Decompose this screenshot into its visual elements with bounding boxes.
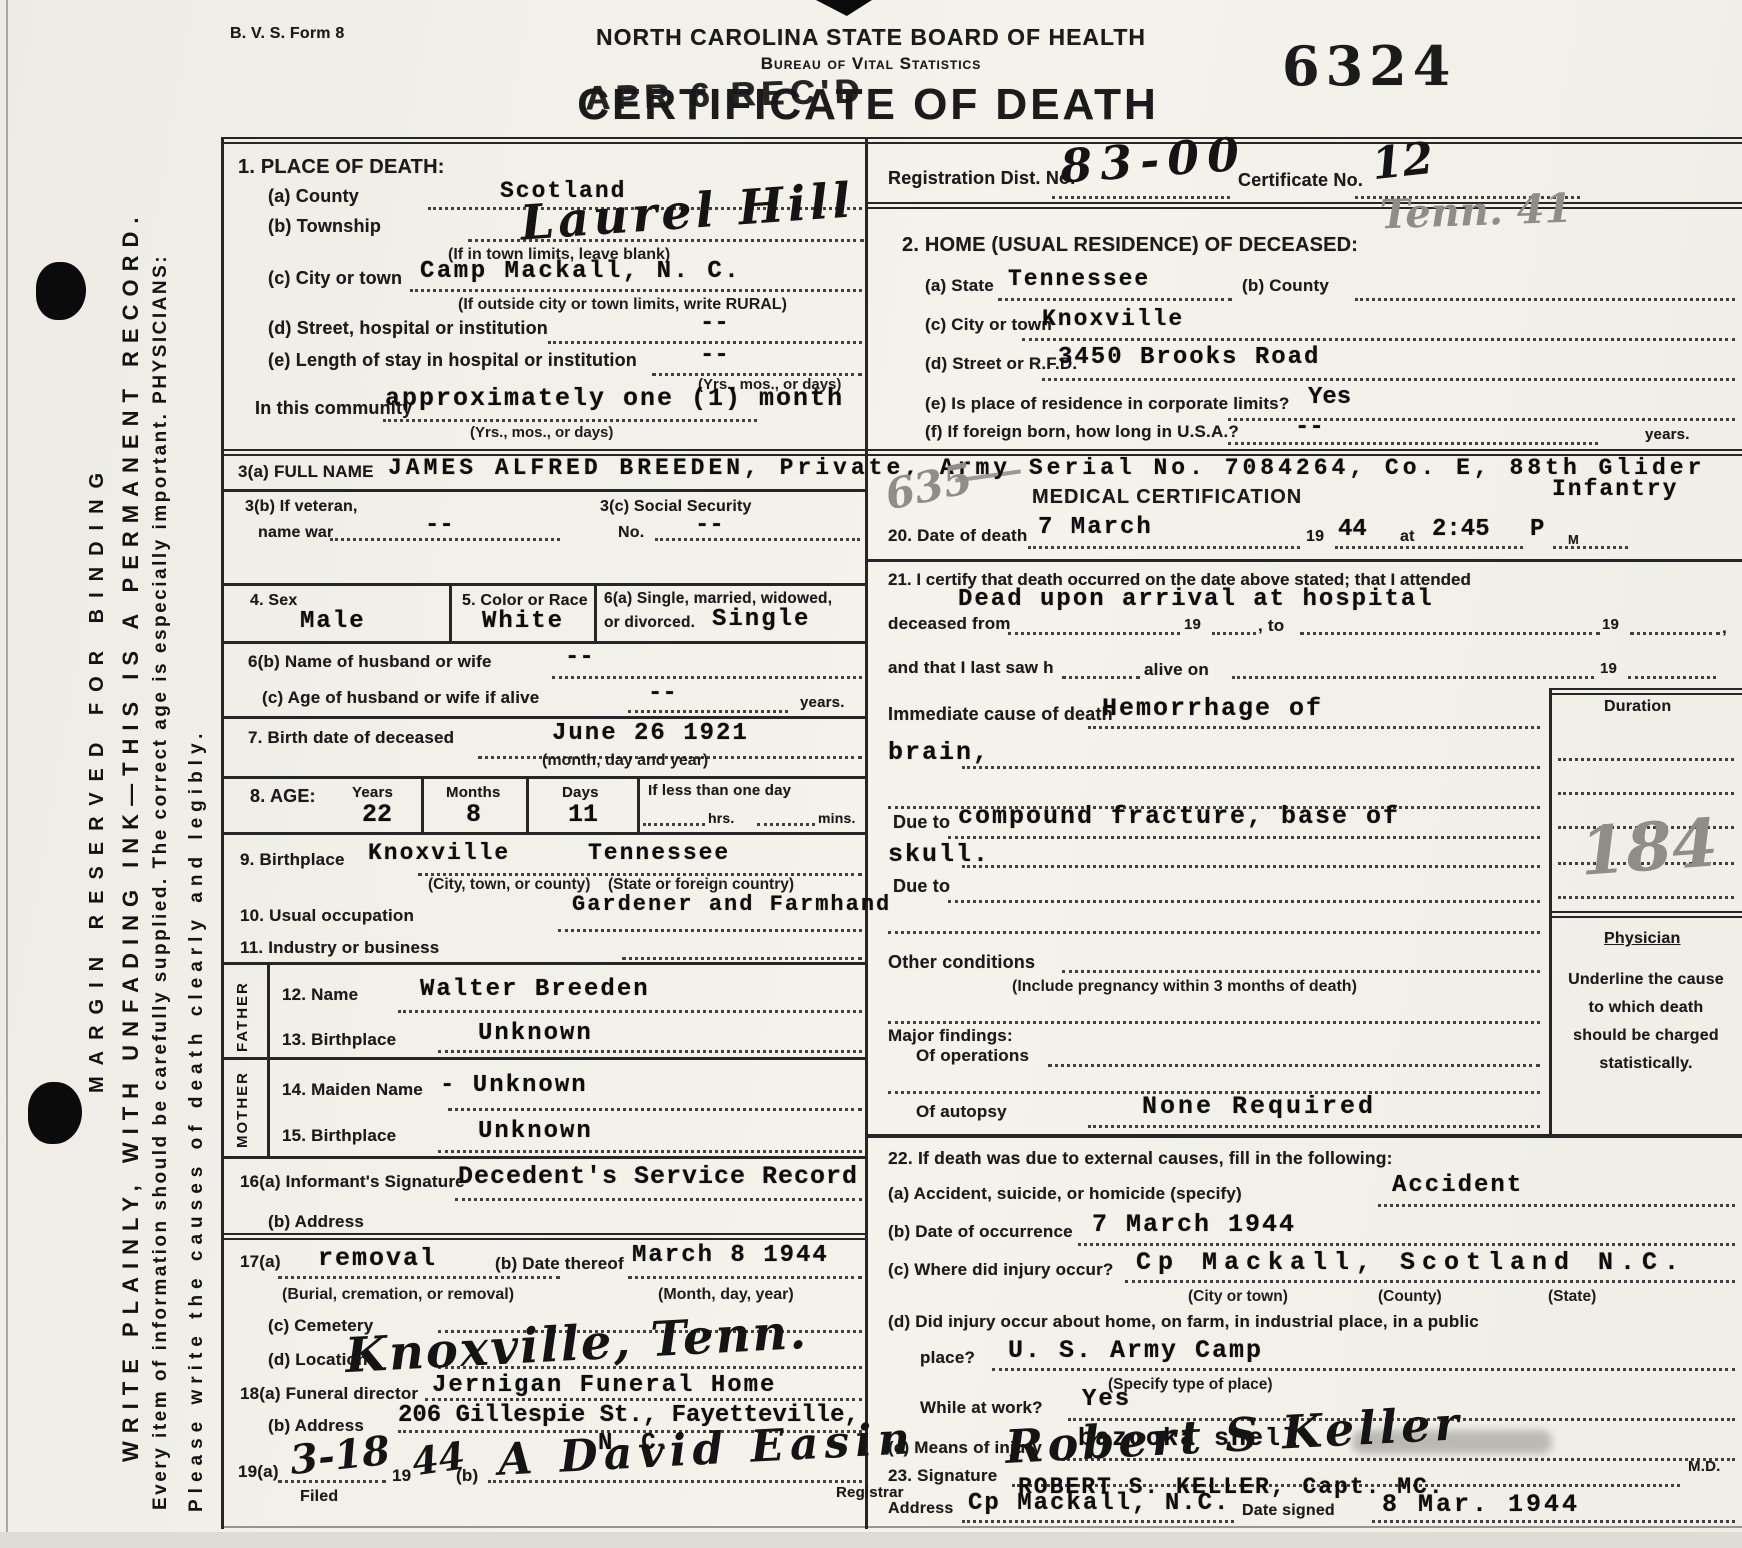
- of-autopsy-label: Of autopsy: [916, 1102, 1007, 1122]
- veteran-row-rule: [222, 583, 868, 586]
- md-label: M.D.: [1688, 1458, 1720, 1475]
- funeral-director-value: Jernigan Funeral Home: [432, 1372, 776, 1399]
- margin-please-write-text: Please write the causes of death clearly…: [186, 728, 208, 1512]
- to-label: , to: [1258, 616, 1284, 636]
- injury-where-label: (c) Where did injury occur?: [888, 1260, 1113, 1280]
- death-year-prefix: 19: [1306, 528, 1324, 546]
- other-conditions-fill-line: [1062, 970, 1540, 973]
- board-title: NORTH CAROLINA STATE BOARD OF HEALTH: [596, 24, 1146, 51]
- mother-maiden-label: 14. Maiden Name: [282, 1080, 423, 1100]
- registrar-caption: Registrar: [836, 1484, 904, 1501]
- immediate-cause-label: Immediate cause of death: [888, 704, 1113, 725]
- home-state-label: (a) State: [925, 276, 994, 296]
- marital-label-line2: or divorced.: [604, 614, 695, 632]
- from-fill-2: [1212, 632, 1256, 635]
- physician-address-label: Address: [888, 1500, 953, 1518]
- informant-signature-value: Decedent's Service Record: [458, 1162, 858, 1191]
- spouse-value: --: [565, 644, 594, 671]
- bureau-subtitle: Bureau of Vital Statistics: [761, 54, 981, 74]
- father-top-rule: [222, 962, 868, 965]
- file-number: 6324: [1282, 34, 1456, 98]
- race-value: White: [482, 608, 564, 635]
- home-city-value: Knoxville: [1042, 306, 1184, 332]
- from-comma: ,: [1722, 618, 1727, 638]
- age-years-header: Years: [352, 784, 393, 801]
- saw-fill-2: [1232, 676, 1594, 679]
- duration-line-2: [1558, 792, 1734, 795]
- registration-dist-fill-line: [1052, 196, 1230, 199]
- sex-cell-divider: [449, 583, 452, 643]
- informant-address-label: (b) Address: [268, 1212, 364, 1232]
- due-fill-line-3: [948, 900, 1540, 903]
- township-label: (b) Township: [268, 216, 381, 237]
- tenn-pencil-note: Tenn. 41: [1379, 185, 1573, 239]
- place-fill-line: [992, 1368, 1735, 1371]
- physician-underline-note: Underline the cause to which death shoul…: [1560, 966, 1732, 1078]
- dead-on-arrival-overlay: Dead upon arrival at hospital: [958, 586, 1434, 613]
- date-signed-label: Date signed: [1242, 1502, 1335, 1520]
- home-city-label: (c) City or town: [925, 315, 1052, 335]
- physician-address-fill-line: [962, 1520, 1234, 1523]
- date-signed-fill-line: [1372, 1520, 1735, 1523]
- death-ampm-value: P: [1530, 516, 1544, 543]
- paper-edge-line: [6, 0, 8, 1548]
- father-name-value: Walter Breeden: [420, 976, 650, 1003]
- sex-value: Male: [300, 608, 366, 635]
- cause-fill-line: [1088, 726, 1540, 729]
- spouse-age-value: --: [648, 680, 677, 707]
- age-divider-2: [526, 776, 529, 834]
- ssn-label-line2: No.: [618, 524, 644, 542]
- hole-punch-top: [36, 262, 86, 320]
- father-name-label: 12. Name: [282, 985, 358, 1005]
- duration-header: Duration: [1604, 698, 1671, 716]
- home-heading: 2. HOME (USUAL RESIDENCE) OF DECEASED:: [902, 234, 1358, 257]
- form-top-rule: [222, 137, 1742, 144]
- father-birthplace-label: 13. Birthplace: [282, 1030, 396, 1050]
- age-divider-1: [421, 776, 424, 834]
- occurrence-date-label: (b) Date of occurrence: [888, 1222, 1073, 1242]
- full-name-value: JAMES ALFRED BREEDEN, Private, Army Seri…: [388, 455, 1705, 481]
- birth-date-label: 7. Birth date of deceased: [248, 728, 454, 748]
- form-bottom-rule: [222, 1526, 1742, 1528]
- accident-kind-value: Accident: [1392, 1172, 1523, 1199]
- alive-on-label: alive on: [1144, 660, 1209, 680]
- age-months-header: Months: [446, 784, 501, 801]
- filed-b-label: (b): [456, 1466, 478, 1486]
- occupation-value: Gardener and Farmhand: [572, 892, 891, 917]
- veteran-label-line2: name war: [258, 524, 333, 542]
- filed-date-handwriting: 3-18: [288, 1427, 392, 1484]
- major-findings-label: Major findings:: [888, 1026, 1013, 1046]
- full-name-label: 3(a) FULL NAME: [238, 462, 374, 482]
- spouse-row-rule: [222, 716, 868, 719]
- duration-line-1: [1558, 758, 1734, 761]
- from-year-2: 19: [1602, 616, 1619, 633]
- spouse-fill-line: [552, 676, 862, 679]
- date-of-death-label: 20. Date of death: [888, 526, 1027, 546]
- mother-bottom-rule: [222, 1156, 868, 1159]
- filed-number-label: 19(a): [238, 1462, 279, 1482]
- torn-corner-mark: [816, 0, 872, 16]
- physician-address-value: Cp Mackall, N.C.: [968, 1490, 1230, 1517]
- filed-caption: Filed: [300, 1488, 338, 1506]
- accident-kind-fill-line: [1378, 1204, 1735, 1207]
- disposal-method-value: removal: [318, 1244, 437, 1273]
- age-less-than-day-label: If less than one day: [648, 782, 791, 799]
- spouse-age-years-label: years.: [800, 694, 845, 711]
- funeral-director-label: 18(a) Funeral director: [240, 1384, 418, 1404]
- disposal-date-fill-line: [628, 1276, 862, 1279]
- race-cell-divider: [594, 583, 597, 643]
- while-at-work-value: Yes: [1082, 1386, 1131, 1413]
- disposal-number-label: 17(a): [240, 1252, 281, 1272]
- date-signed-value: 8 Mar. 1944: [1382, 1490, 1580, 1519]
- age-months-value: 8: [466, 800, 481, 829]
- mother-birthplace-value: Unknown: [478, 1118, 593, 1145]
- autopsy-fill-line: [1088, 1125, 1540, 1128]
- city-label: (c) City or town: [268, 268, 402, 289]
- from-fill-1: [1008, 632, 1180, 635]
- birthplace-city-value: Knoxville: [368, 840, 510, 866]
- county-label: (a) County: [268, 186, 359, 207]
- death-year-value: 44: [1338, 516, 1367, 543]
- occurrence-date-fill-line: [1078, 1243, 1735, 1246]
- form-number: B. V. S. Form 8: [230, 25, 344, 43]
- birthplace-state-value: Tennessee: [588, 840, 730, 866]
- other-conditions-label: Other conditions: [888, 952, 1035, 973]
- saw-fill-3: [1628, 676, 1716, 679]
- duration-pencil-value: 184: [1577, 803, 1720, 890]
- due-to-label-2: Due to: [893, 876, 950, 897]
- home-state-value: Tennessee: [1008, 266, 1150, 292]
- death-at-label: at: [1400, 528, 1415, 546]
- saw-fill-1: [1062, 676, 1140, 679]
- age-mins-label: mins.: [818, 810, 856, 826]
- home-county-label: (b) County: [1242, 276, 1329, 296]
- date-of-death-value: 7 March: [1038, 514, 1153, 541]
- informant-signature-label: 16(a) Informant's Signature: [240, 1172, 465, 1192]
- age-mins-fill-line: [757, 823, 815, 826]
- other-conditions-hint: (Include pregnancy within 3 months of de…: [1012, 978, 1357, 996]
- name-row-rule: [222, 489, 868, 492]
- age-hrs-label: hrs.: [708, 810, 734, 826]
- due-to-label-1: Due to: [893, 812, 950, 833]
- father-birthplace-fill-line: [438, 1050, 862, 1053]
- community-fill-line: [383, 419, 757, 422]
- injury-where-hint-county: (County): [1378, 1288, 1442, 1306]
- birthplace-label: 9. Birthplace: [240, 850, 345, 870]
- street-label: (d) Street, hospital or institution: [268, 318, 548, 339]
- corporate-limits-value: Yes: [1308, 384, 1351, 411]
- father-side-label: FATHER: [234, 981, 251, 1052]
- city-value: Camp Mackall, N. C.: [420, 258, 741, 285]
- blank-fill-line-3: [888, 1021, 1540, 1024]
- due-to-value-line2: skull.: [888, 840, 990, 869]
- autopsy-bottom-rule: [868, 1134, 1742, 1138]
- physician-label: Physician: [1604, 930, 1681, 948]
- city-hint: (If outside city or town limits, write R…: [458, 296, 787, 314]
- corporate-limits-label: (e) Is place of residence in corporate l…: [925, 394, 1289, 414]
- mother-maiden-value: - Unknown: [440, 1072, 588, 1099]
- duration-box-top: [1549, 688, 1742, 695]
- disposal-date-hint: (Month, day, year): [658, 1286, 794, 1304]
- death-time-value: 2:45: [1432, 516, 1490, 543]
- birth-date-value: June 26 1921: [552, 720, 749, 747]
- industry-fill-line: [622, 957, 862, 960]
- home-street-value: 3450 Brooks Road: [1058, 344, 1320, 371]
- registration-dist-label: Registration Dist. No.: [888, 168, 1075, 189]
- duration-box-mid: [1549, 911, 1742, 918]
- death-m-label: M: [1568, 532, 1579, 547]
- operations-fill-line: [1048, 1064, 1540, 1067]
- cause-fill-line-2: [962, 766, 1540, 769]
- mother-birthplace-label: 15. Birthplace: [282, 1126, 396, 1146]
- home-city-fill-line: [1022, 338, 1735, 341]
- received-stamp: APR 6 REC'D: [585, 72, 866, 118]
- cause-value-line1: Hemorrhage of: [1102, 694, 1323, 723]
- physician-signature-handwriting: Robert S Keller: [1004, 1396, 1464, 1474]
- from-fill-3: [1300, 632, 1600, 635]
- veteran-value: --: [425, 512, 454, 539]
- date-of-death-rule: [868, 559, 1742, 562]
- home-street-label: (d) Street or R.F.D.: [925, 354, 1077, 374]
- community-value: approximately one (1) month: [385, 384, 844, 413]
- date-of-death-fill-3: [1553, 546, 1628, 549]
- injury-where-hint-city: (City or town): [1188, 1288, 1288, 1306]
- age-days-header: Days: [562, 784, 599, 801]
- mother-maiden-fill-line: [448, 1108, 862, 1111]
- registration-dist-handwriting: 83-00: [1058, 127, 1248, 194]
- duration-line-5: [1558, 896, 1734, 899]
- street-value: --: [700, 310, 729, 337]
- ssn-fill-line: [655, 538, 860, 541]
- age-hrs-fill-line: [643, 823, 705, 826]
- mother-birthplace-fill-line: [438, 1150, 862, 1153]
- stay-value: --: [700, 342, 729, 369]
- scan-bottom-band: [0, 1532, 1742, 1548]
- city-fill-line: [410, 289, 862, 292]
- signature-label: 23. Signature: [888, 1466, 997, 1486]
- age-label: 8. AGE:: [250, 786, 316, 807]
- death-certificate-scan: MARGIN RESERVED FOR BINDING WRITE PLAINL…: [0, 0, 1742, 1548]
- father-name-fill-line: [398, 1010, 862, 1013]
- place-label: place?: [920, 1348, 975, 1368]
- occurrence-date-value: 7 March 1944: [1092, 1210, 1296, 1239]
- certificate-no-label: Certificate No.: [1238, 170, 1363, 191]
- while-at-work-label: While at work?: [920, 1398, 1043, 1418]
- date-of-death-fill-2: [1335, 546, 1523, 549]
- place-hint: (Specify type of place): [1108, 1376, 1273, 1394]
- disposal-method-fill-line: [278, 1276, 560, 1279]
- industry-label: 11. Industry or business: [240, 938, 439, 958]
- spouse-name-label: 6(b) Name of husband or wife: [248, 652, 492, 672]
- place-of-death-heading: 1. PLACE OF DEATH:: [238, 156, 445, 179]
- stay-label: (e) Length of stay in hospital or instit…: [268, 350, 637, 371]
- home-state-fill-line: [998, 298, 1232, 301]
- blank-fill-line-2: [888, 931, 1540, 934]
- birth-row-rule: [222, 776, 868, 779]
- age-days-value: 11: [568, 800, 598, 829]
- foreign-born-years-label: years.: [1645, 426, 1690, 443]
- ssn-label-line1: 3(c) Social Security: [600, 498, 752, 516]
- occupation-label: 10. Usual occupation: [240, 906, 414, 926]
- place-value: U. S. Army Camp: [1008, 1336, 1263, 1365]
- last-saw-label: and that I last saw h: [888, 658, 1054, 678]
- mother-side-label: MOTHER: [234, 1071, 251, 1148]
- birth-date-hint: (month, day and year): [542, 752, 708, 770]
- injury-where-hint-state: (State): [1548, 1288, 1596, 1306]
- sex-row-rule: [222, 641, 868, 644]
- margin-write-plainly-text: WRITE PLAINLY, WITH UNFADING INK—THIS IS…: [118, 210, 144, 1462]
- home-county-fill-line: [1355, 298, 1735, 301]
- veteran-label-line1: 3(b) If veteran,: [245, 498, 358, 516]
- hole-punch-bottom: [28, 1082, 82, 1144]
- father-birthplace-value: Unknown: [478, 1020, 593, 1047]
- foreign-born-value: --: [1295, 414, 1324, 441]
- accident-kind-label: (a) Accident, suicide, or homicide (spec…: [888, 1184, 1242, 1204]
- date-of-death-fill-1: [1028, 546, 1300, 549]
- from-fill-4: [1630, 632, 1720, 635]
- certificate-no-handwriting: 12: [1370, 133, 1436, 190]
- margin-binding-text: MARGIN RESERVED FOR BINDING: [86, 462, 109, 1093]
- cause-value-line2: brain,: [888, 738, 990, 767]
- due-to-value-line1: compound fracture, base of: [958, 802, 1400, 831]
- injury-where-fill-line: [1125, 1280, 1735, 1283]
- father-mother-rule: [222, 1057, 868, 1060]
- ssn-value: --: [695, 512, 724, 539]
- marital-value: Single: [712, 606, 810, 633]
- home-street-fill-line: [1042, 378, 1735, 381]
- disposal-date-label: (b) Date thereof: [495, 1254, 624, 1274]
- due-fill-line-2: [962, 865, 1540, 868]
- age-divider-3: [637, 776, 640, 834]
- birthplace-hint-city: (City, town, or county): [428, 876, 590, 894]
- spouse-age-label: (c) Age of husband or wife if alive: [262, 688, 539, 708]
- informant-bottom-rule: [222, 1233, 868, 1240]
- from-year-1: 19: [1184, 616, 1201, 633]
- age-row-rule: [222, 832, 868, 835]
- injury-place-question: (d) Did injury occur about home, on farm…: [888, 1312, 1479, 1332]
- unit-infantry-value: Infantry: [1552, 476, 1678, 502]
- community-hint: (Yrs., mos., or days): [470, 424, 613, 441]
- registration-rule: [868, 202, 1742, 209]
- spouse-age-fill-line: [628, 710, 788, 713]
- of-operations-label: Of operations: [916, 1046, 1029, 1066]
- margin-every-item-text: Every item of information should be care…: [150, 254, 172, 1510]
- occupation-fill-line: [558, 929, 862, 932]
- due-fill-line-1: [948, 836, 1540, 839]
- medical-certification-heading: MEDICAL CERTIFICATION: [1032, 486, 1302, 509]
- deceased-from-label: deceased from: [888, 614, 1011, 634]
- informant-fill-line: [455, 1198, 862, 1201]
- disposal-date-value: March 8 1944: [632, 1242, 829, 1269]
- external-causes-heading: 22. If death was due to external causes,…: [888, 1148, 1393, 1169]
- saw-year: 19: [1600, 660, 1617, 677]
- foreign-born-label: (f) If foreign born, how long in U.S.A.?: [925, 422, 1239, 442]
- sex-label: 4. Sex: [250, 592, 297, 610]
- injury-where-value: Cp Mackall, Scotland N.C.: [1136, 1248, 1686, 1277]
- parents-cell-divider: [267, 962, 270, 1158]
- foreign-born-fill-line: [1228, 442, 1598, 445]
- autopsy-value: None Required: [1142, 1092, 1376, 1121]
- age-years-value: 22: [362, 800, 392, 829]
- filed-year-prefix: 19: [392, 1466, 411, 1486]
- disposal-method-hint: (Burial, cremation, or removal): [282, 1286, 514, 1304]
